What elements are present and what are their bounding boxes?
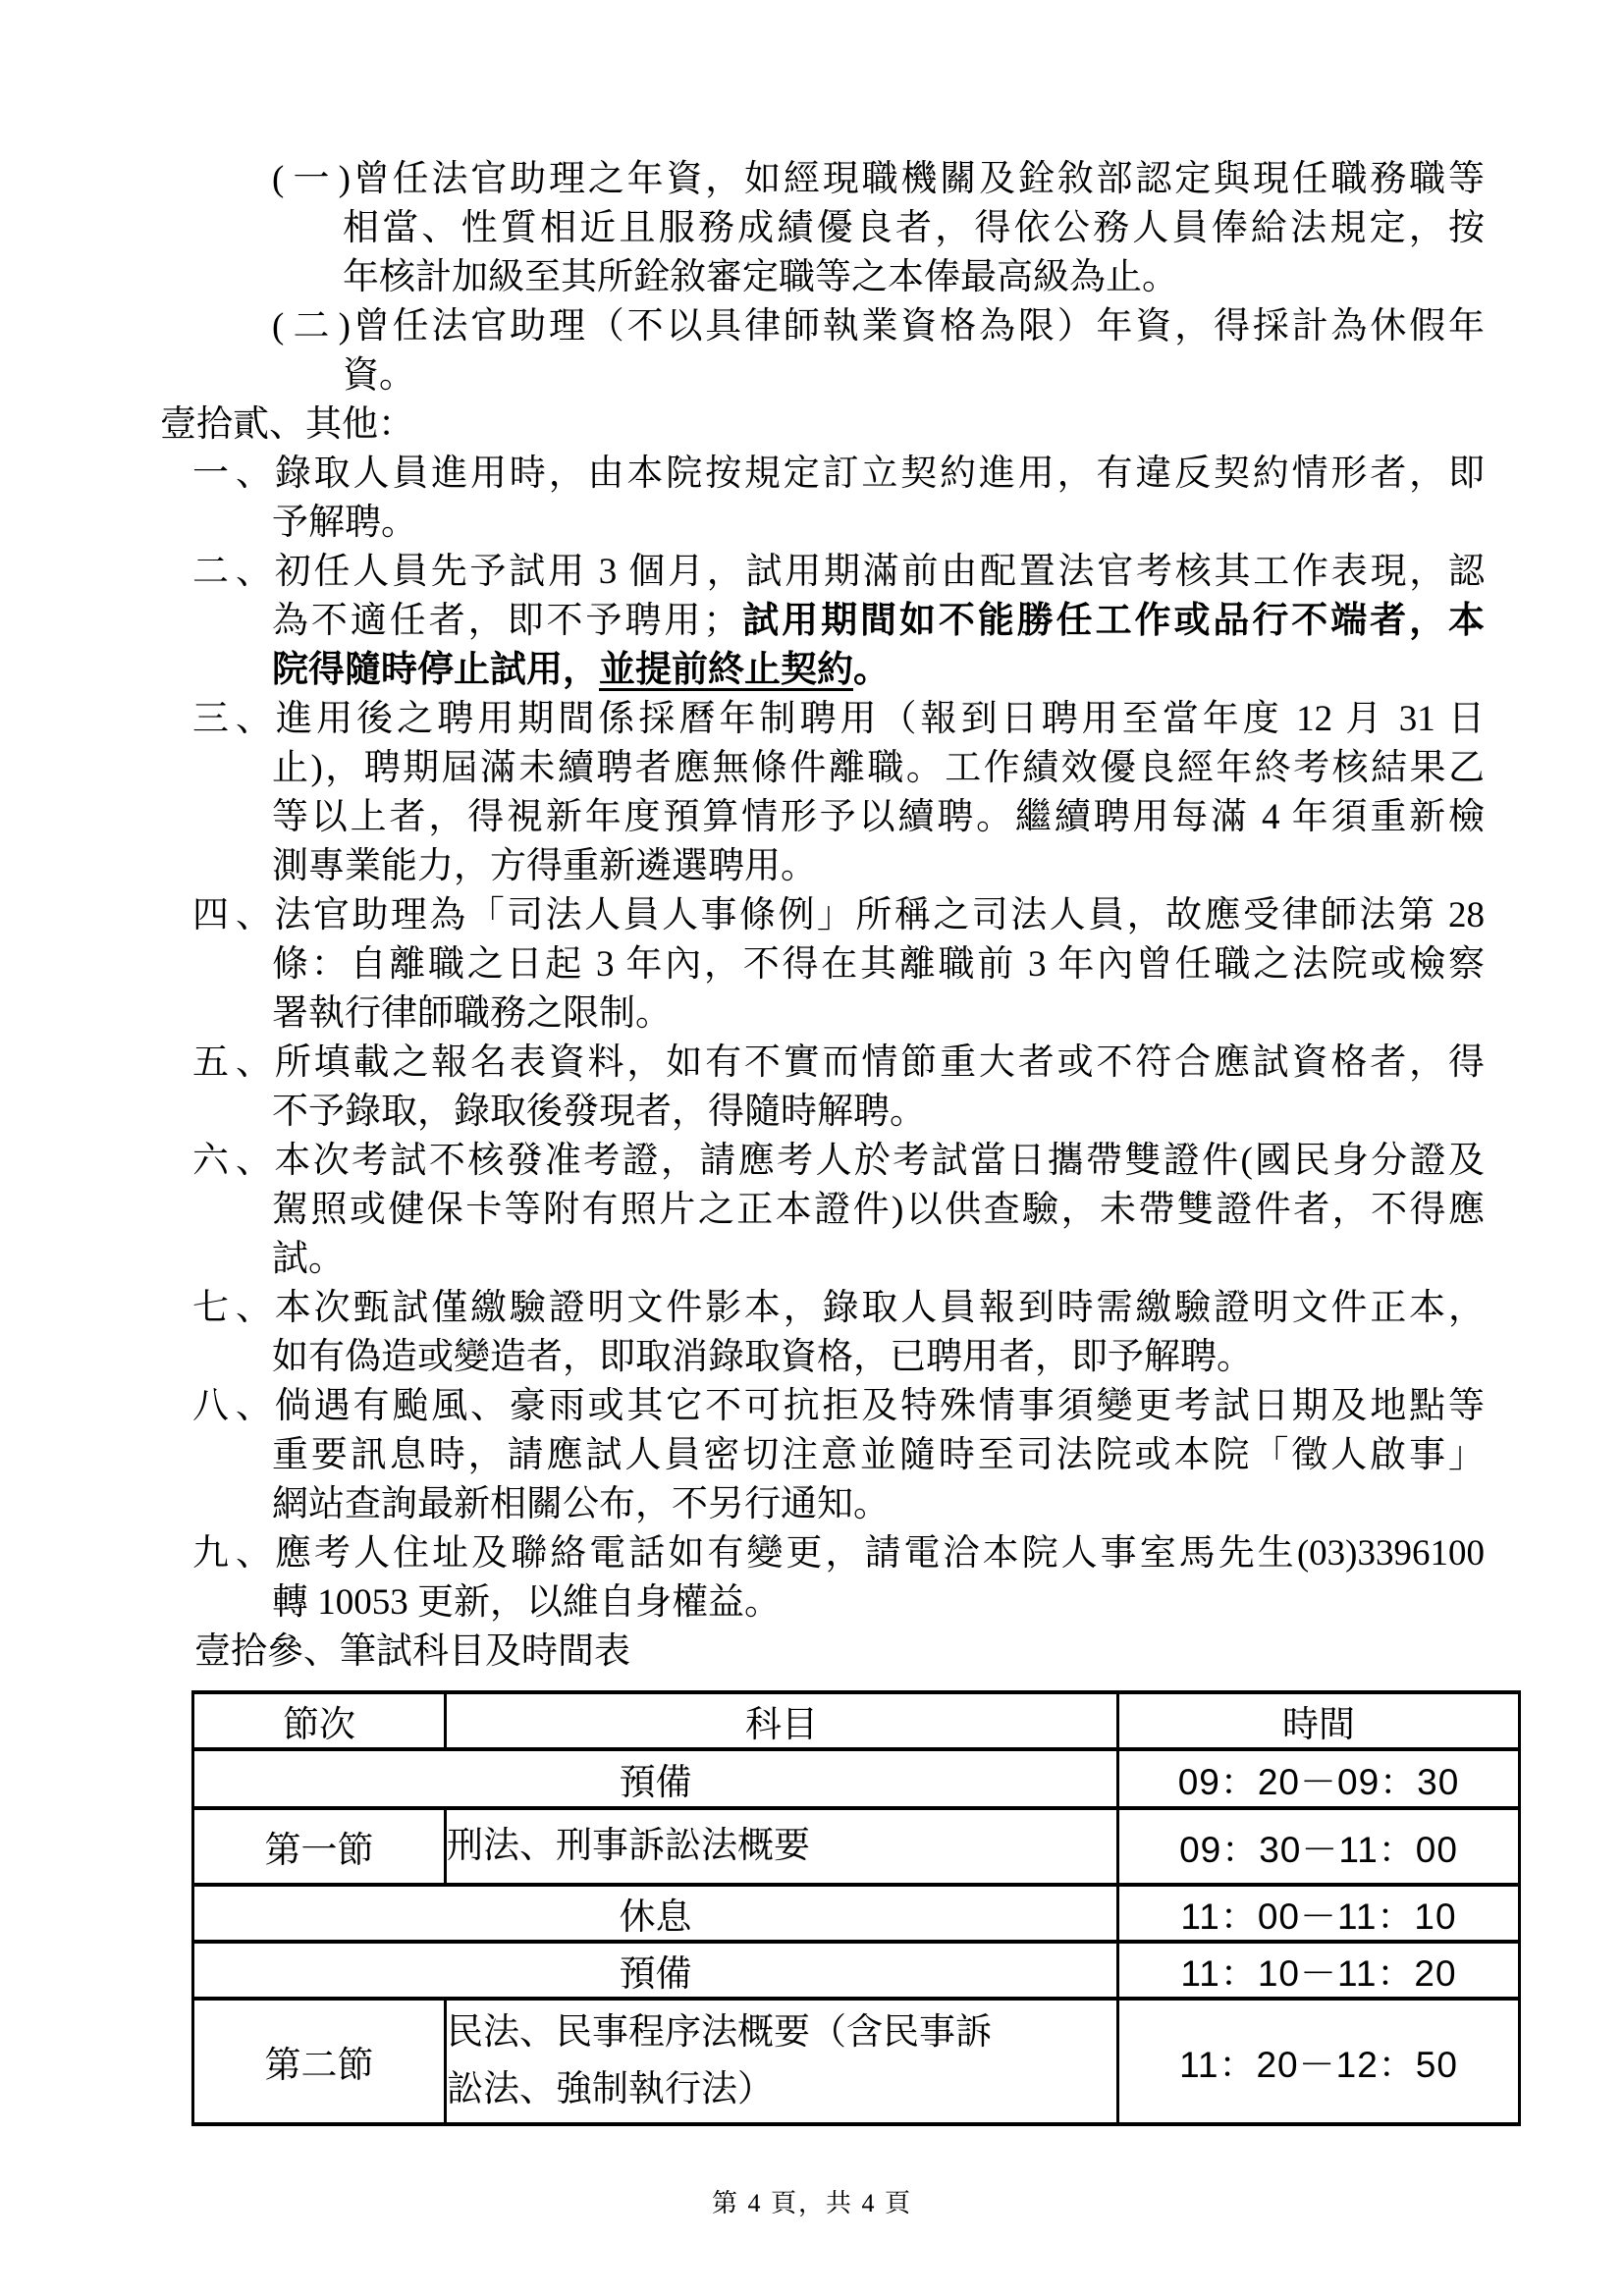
doc-text: 曾任法官助理之年資，如經現職機關及銓敘部認定與現任職務職等 [351, 159, 1485, 199]
doc-text-bold: 院得隨時停止試用， [272, 650, 599, 690]
doc-line: 資。 [0, 351, 1485, 400]
doc-line: 三、進用後之聘用期間係採曆年制聘用（報到日聘用至當年度 12 月 31 日 [0, 695, 1485, 744]
doc-line: (一)曾任法官助理之年資，如經現職機關及銓敘部認定與現任職務職等 [0, 155, 1485, 204]
cell-subject: 休息 [193, 1885, 1118, 1942]
list-marker: 一、 [192, 450, 272, 499]
doc-text: 應考人住址及聯絡電話如有變更，請電洽本院人事室馬先生(03)3396100 [272, 1533, 1485, 1574]
doc-line: 試。 [0, 1235, 1485, 1284]
table-header-row: 節次 科目 時間 [193, 1692, 1520, 1749]
list-marker: 三、 [192, 695, 272, 744]
doc-line: 止)，聘期屆滿未續聘者應無條件離職。工作績效優良經年終考核結果乙 [0, 744, 1485, 793]
doc-text: 為不適任者，即不予聘用； [272, 601, 739, 641]
list-marker: 九、 [192, 1529, 272, 1578]
page-number: 第 4 頁，共 4 頁 [0, 2183, 1624, 2219]
doc-line: 六、本次考試不核發准考證，請應考人於考試當日攜帶雙證件(國民身分證及 [0, 1137, 1485, 1186]
doc-line: 如有偽造或變造者，即取消錄取資格，已聘用者，即予解聘。 [0, 1333, 1485, 1382]
doc-line: 五、所填載之報名表資料，如有不實而情節重大者或不符合應試資格者，得 [0, 1039, 1485, 1088]
subject-line: 民法、民事程序法概要（含民事訴 [447, 2004, 1116, 2061]
table-row: 預備 11：10－11：20 [193, 1942, 1520, 1999]
doc-text: 法官助理為「司法人員人事條例」所稱之司法人員，故應受律師法第 28 [272, 895, 1485, 935]
doc-line: 駕照或健保卡等附有照片之正本證件)以供查驗，未帶雙證件者，不得應 [0, 1186, 1485, 1235]
cell-time: 09：30－11：00 [1118, 1808, 1520, 1885]
doc-line: 院得隨時停止試用，並提前終止契約。 [0, 646, 1485, 695]
doc-text: 倘遇有颱風、豪雨或其它不可抗拒及特殊情事須變更考試日期及地點等 [272, 1386, 1485, 1426]
section-heading: 壹拾參、筆試科目及時間表 [0, 1628, 1485, 1677]
doc-line: 八、倘遇有颱風、豪雨或其它不可抗拒及特殊情事須變更考試日期及地點等 [0, 1382, 1485, 1431]
list-marker: 二、 [192, 548, 272, 597]
cell-time: 11：10－11：20 [1118, 1942, 1520, 1999]
doc-line: 網站查詢最新相關公布，不另行通知。 [0, 1480, 1485, 1529]
list-marker: 六、 [192, 1137, 272, 1186]
cell-session: 第二節 [193, 1999, 446, 2124]
doc-line: 測專業能力，方得重新遴選聘用。 [0, 842, 1485, 891]
doc-line: 為不適任者，即不予聘用；試用期間如不能勝任工作或品行不端者，本 [0, 597, 1485, 646]
exam-timetable: 節次 科目 時間 預備 09：20－09：30 第一節 刑法、刑事訴訟法概要 0… [191, 1690, 1624, 2126]
table-row: 第一節 刑法、刑事訴訟法概要 09：30－11：00 [193, 1808, 1520, 1885]
doc-line: 相當、性質相近且服務成績優良者，得依公務人員俸給法規定，按 [0, 204, 1485, 253]
list-marker: 五、 [192, 1039, 272, 1088]
cell-subject: 刑法、刑事訴訟法概要 [446, 1808, 1118, 1885]
table-row: 休息 11：00－11：10 [193, 1885, 1520, 1942]
doc-line: 九、應考人住址及聯絡電話如有變更，請電洽本院人事室馬先生(03)3396100 [0, 1529, 1485, 1578]
doc-line: 重要訊息時，請應試人員密切注意並隨時至司法院或本院「徵人啟事」 [0, 1431, 1485, 1480]
doc-line: 一、錄取人員進用時，由本院按規定訂立契約進用，有違反契約情形者，即 [0, 450, 1485, 499]
list-marker: 八、 [192, 1382, 272, 1431]
doc-text: 本次甄試僅繳驗證明文件影本，錄取人員報到時需繳驗證明文件正本， [272, 1288, 1485, 1328]
list-marker: (二) [272, 302, 351, 351]
cell-time: 09：20－09：30 [1118, 1749, 1520, 1808]
doc-line: 條：自離職之日起 3 年內，不得在其離職前 3 年內曾任職之法院或檢察 [0, 940, 1485, 989]
cell-subject: 民法、民事程序法概要（含民事訴 訟法、強制執行法） [446, 1999, 1118, 2124]
doc-text: 曾任法官助理（不以具律師執業資格為限）年資，得採計為休假年 [351, 306, 1485, 347]
doc-text: 本次考試不核發准考證，請應考人於考試當日攜帶雙證件(國民身分證及 [272, 1141, 1485, 1181]
document-page: (一)曾任法官助理之年資，如經現職機關及銓敘部認定與現任職務職等 相當、性質相近… [0, 0, 1624, 2296]
header-session: 節次 [193, 1692, 446, 1749]
table-row: 預備 09：20－09：30 [193, 1749, 1520, 1808]
cell-session: 第一節 [193, 1808, 446, 1885]
doc-text-bold: 試用期間如不能勝任工作或品行不端者，本 [739, 601, 1485, 641]
doc-text: 所填載之報名表資料，如有不實而情節重大者或不符合應試資格者，得 [272, 1042, 1485, 1083]
doc-line: 予解聘。 [0, 499, 1485, 548]
section-heading: 壹拾貳、其他： [0, 400, 1485, 450]
doc-line: 轉 10053 更新，以維自身權益。 [0, 1578, 1485, 1628]
doc-text-bold-underline: 並提前終止契約 [599, 650, 853, 690]
cell-subject: 預備 [193, 1749, 1118, 1808]
list-marker: (一) [272, 155, 351, 204]
cell-time: 11：20－12：50 [1118, 1999, 1520, 2124]
doc-line: 年核計加級至其所銓敘審定職等之本俸最高級為止。 [0, 253, 1485, 302]
doc-line: 不予錄取，錄取後發現者，得隨時解聘。 [0, 1088, 1485, 1137]
table-row: 第二節 民法、民事程序法概要（含民事訴 訟法、強制執行法） 11：20－12：5… [193, 1999, 1520, 2124]
doc-line: 等以上者，得視新年度預算情形予以續聘。繼續聘用每滿 4 年須重新檢 [0, 793, 1485, 842]
doc-line: 七、本次甄試僅繳驗證明文件影本，錄取人員報到時需繳驗證明文件正本， [0, 1284, 1485, 1333]
list-marker: 四、 [192, 891, 272, 940]
header-subject: 科目 [446, 1692, 1118, 1749]
cell-time: 11：00－11：10 [1118, 1885, 1520, 1942]
doc-text: 進用後之聘用期間係採曆年制聘用（報到日聘用至當年度 12 月 31 日 [272, 699, 1485, 739]
doc-line: (二)曾任法官助理（不以具律師執業資格為限）年資，得採計為休假年 [0, 302, 1485, 351]
doc-line: 二、初任人員先予試用 3 個月，試用期滿前由配置法官考核其工作表現，認 [0, 548, 1485, 597]
doc-text-bold: 。 [853, 650, 890, 690]
doc-text: 錄取人員進用時，由本院按規定訂立契約進用，有違反契約情形者，即 [272, 454, 1485, 494]
cell-subject: 預備 [193, 1942, 1118, 1999]
doc-text: 初任人員先予試用 3 個月，試用期滿前由配置法官考核其工作表現，認 [272, 552, 1485, 592]
doc-line: 四、法官助理為「司法人員人事條例」所稱之司法人員，故應受律師法第 28 [0, 891, 1485, 940]
doc-line: 署執行律師職務之限制。 [0, 989, 1485, 1039]
header-time: 時間 [1118, 1692, 1520, 1749]
subject-line: 訟法、強制執行法） [447, 2061, 1116, 2118]
list-marker: 七、 [192, 1284, 272, 1333]
